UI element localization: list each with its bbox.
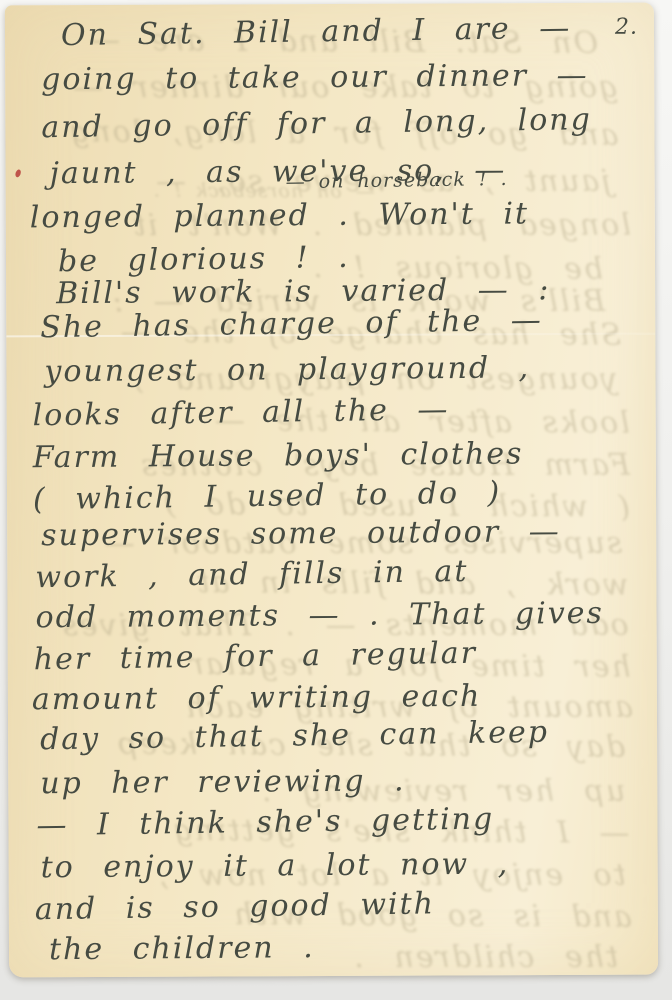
- handwritten-line: to enjoy it a lot now ,: [41, 848, 510, 886]
- handwritten-line: amount of writing each: [32, 680, 482, 718]
- letter-page: On Sat. Bill and I are —going to take ou…: [5, 3, 658, 978]
- handwritten-line: and is so good with: [35, 887, 436, 927]
- handwritten-line: day so that she can keep: [40, 716, 549, 758]
- handwritten-line: supervises some outdoor —: [41, 515, 561, 554]
- handwritten-line: the children .: [49, 931, 315, 968]
- handwritten-line: and go off for a long, long: [41, 103, 592, 146]
- handwritten-line: longed planned . Won't it: [30, 197, 530, 235]
- handwriting-block: On Sat. Bill and I are —going to take ou…: [5, 3, 658, 978]
- handwritten-line: going to take our dinner —: [41, 59, 589, 98]
- handwritten-line: her time for a regular: [33, 637, 477, 678]
- handwritten-line: — I think she's getting: [36, 803, 494, 844]
- handwritten-line: work , and fills in at: [35, 555, 468, 596]
- handwritten-line: She has charge of the —: [40, 304, 543, 346]
- handwritten-line: youngest on playground ,: [44, 351, 530, 389]
- handwritten-line: Farm House boys' clothes: [33, 437, 524, 475]
- photo-backdrop: On Sat. Bill and I are —going to take ou…: [0, 0, 672, 1000]
- handwritten-line: ( which I used to do ): [33, 476, 502, 517]
- handwritten-line: looks after all the —: [32, 393, 449, 434]
- handwritten-line: On Sat. Bill and I are —: [61, 12, 572, 54]
- handwritten-line: — on horseback ! .: [285, 169, 507, 194]
- handwritten-line: up her reviewing .: [40, 764, 406, 801]
- handwritten-line: odd moments — . That gives: [35, 597, 604, 636]
